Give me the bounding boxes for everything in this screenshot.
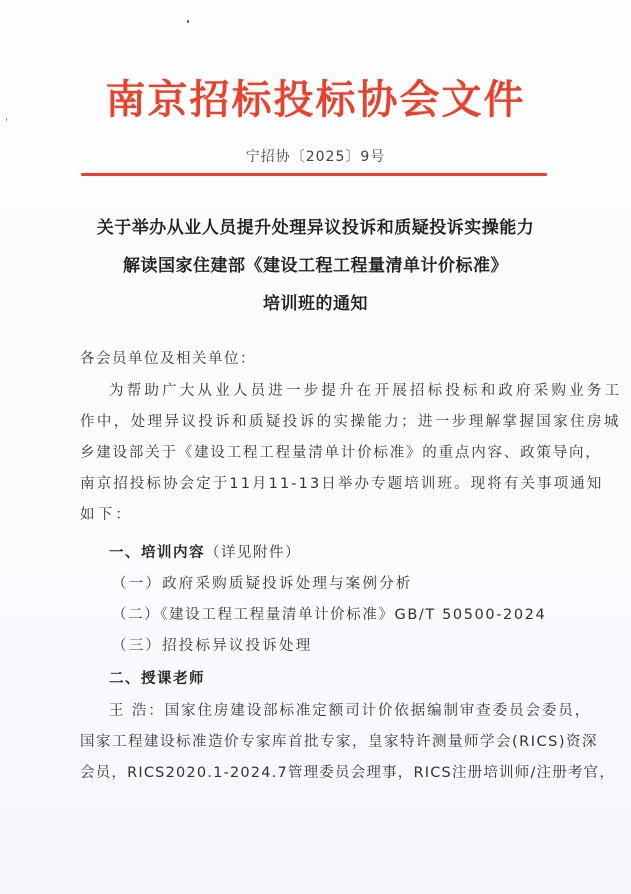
content-item: （二）《建设工程工程量清单计价标准》GB/T 50500-2024: [112, 603, 546, 624]
scan-speck: [187, 20, 189, 23]
document-page: 南京招标投标协会文件 宁招协〔2025〕9号 关于举办从业人员提升处理异议投诉和…: [0, 0, 631, 894]
content-item: （一）政府采购质疑投诉处理与案例分析: [112, 572, 413, 593]
salutation: 各会员单位及相关单位：: [80, 347, 256, 368]
section-heading-training-content: 一、培训内容（详见附件）: [109, 541, 301, 562]
intro-line: 为帮助广大从业人员进一步提升在开展招标投标和政府采购业务工: [109, 379, 622, 400]
intro-line: 乡建设部关于《建设工程工程量清单计价标准》的重点内容、政策导向，: [80, 441, 602, 462]
section-heading-note: （详见附件）: [205, 545, 301, 561]
document-number: 宁招协〔2025〕9号: [0, 146, 631, 166]
red-separator-line: [81, 173, 547, 176]
section-heading-instructor: 二、授课老师: [109, 667, 205, 688]
content-item: （三）招投标异议投诉处理: [112, 634, 312, 655]
org-masthead-title: 南京招标投标协会文件: [0, 74, 631, 126]
intro-line: 南京招投标协会定于11月11-13日举办专题培训班。现将有关事项通知: [80, 472, 603, 493]
intro-line: 作中，处理异议投诉和质疑投诉的实操能力；进一步理解掌握国家住房城: [80, 410, 621, 431]
instructor-bio-line: 国家工程建设标准造价专家库首批专家，皇家特许测量师学会(RICS)资深: [80, 730, 598, 751]
notice-title-line-2: 解读国家住建部《建设工程工程量清单计价标准》: [0, 251, 631, 276]
notice-title-line-3: 培训班的通知: [0, 289, 631, 314]
instructor-bio-line: 会员，RICS2020.1-2024.7管理委员会理事，RICS注册培训师/注册…: [80, 761, 615, 782]
notice-title-line-1: 关于举办从业人员提升处理异议投诉和质疑投诉实操能力: [0, 213, 631, 238]
instructor-bio-line: 王 浩：国家住房建设部标准定额司计价依据编制审查委员会委员，: [109, 699, 591, 720]
section-heading-text: 一、培训内容: [109, 545, 205, 561]
intro-line: 如下：: [80, 503, 133, 524]
